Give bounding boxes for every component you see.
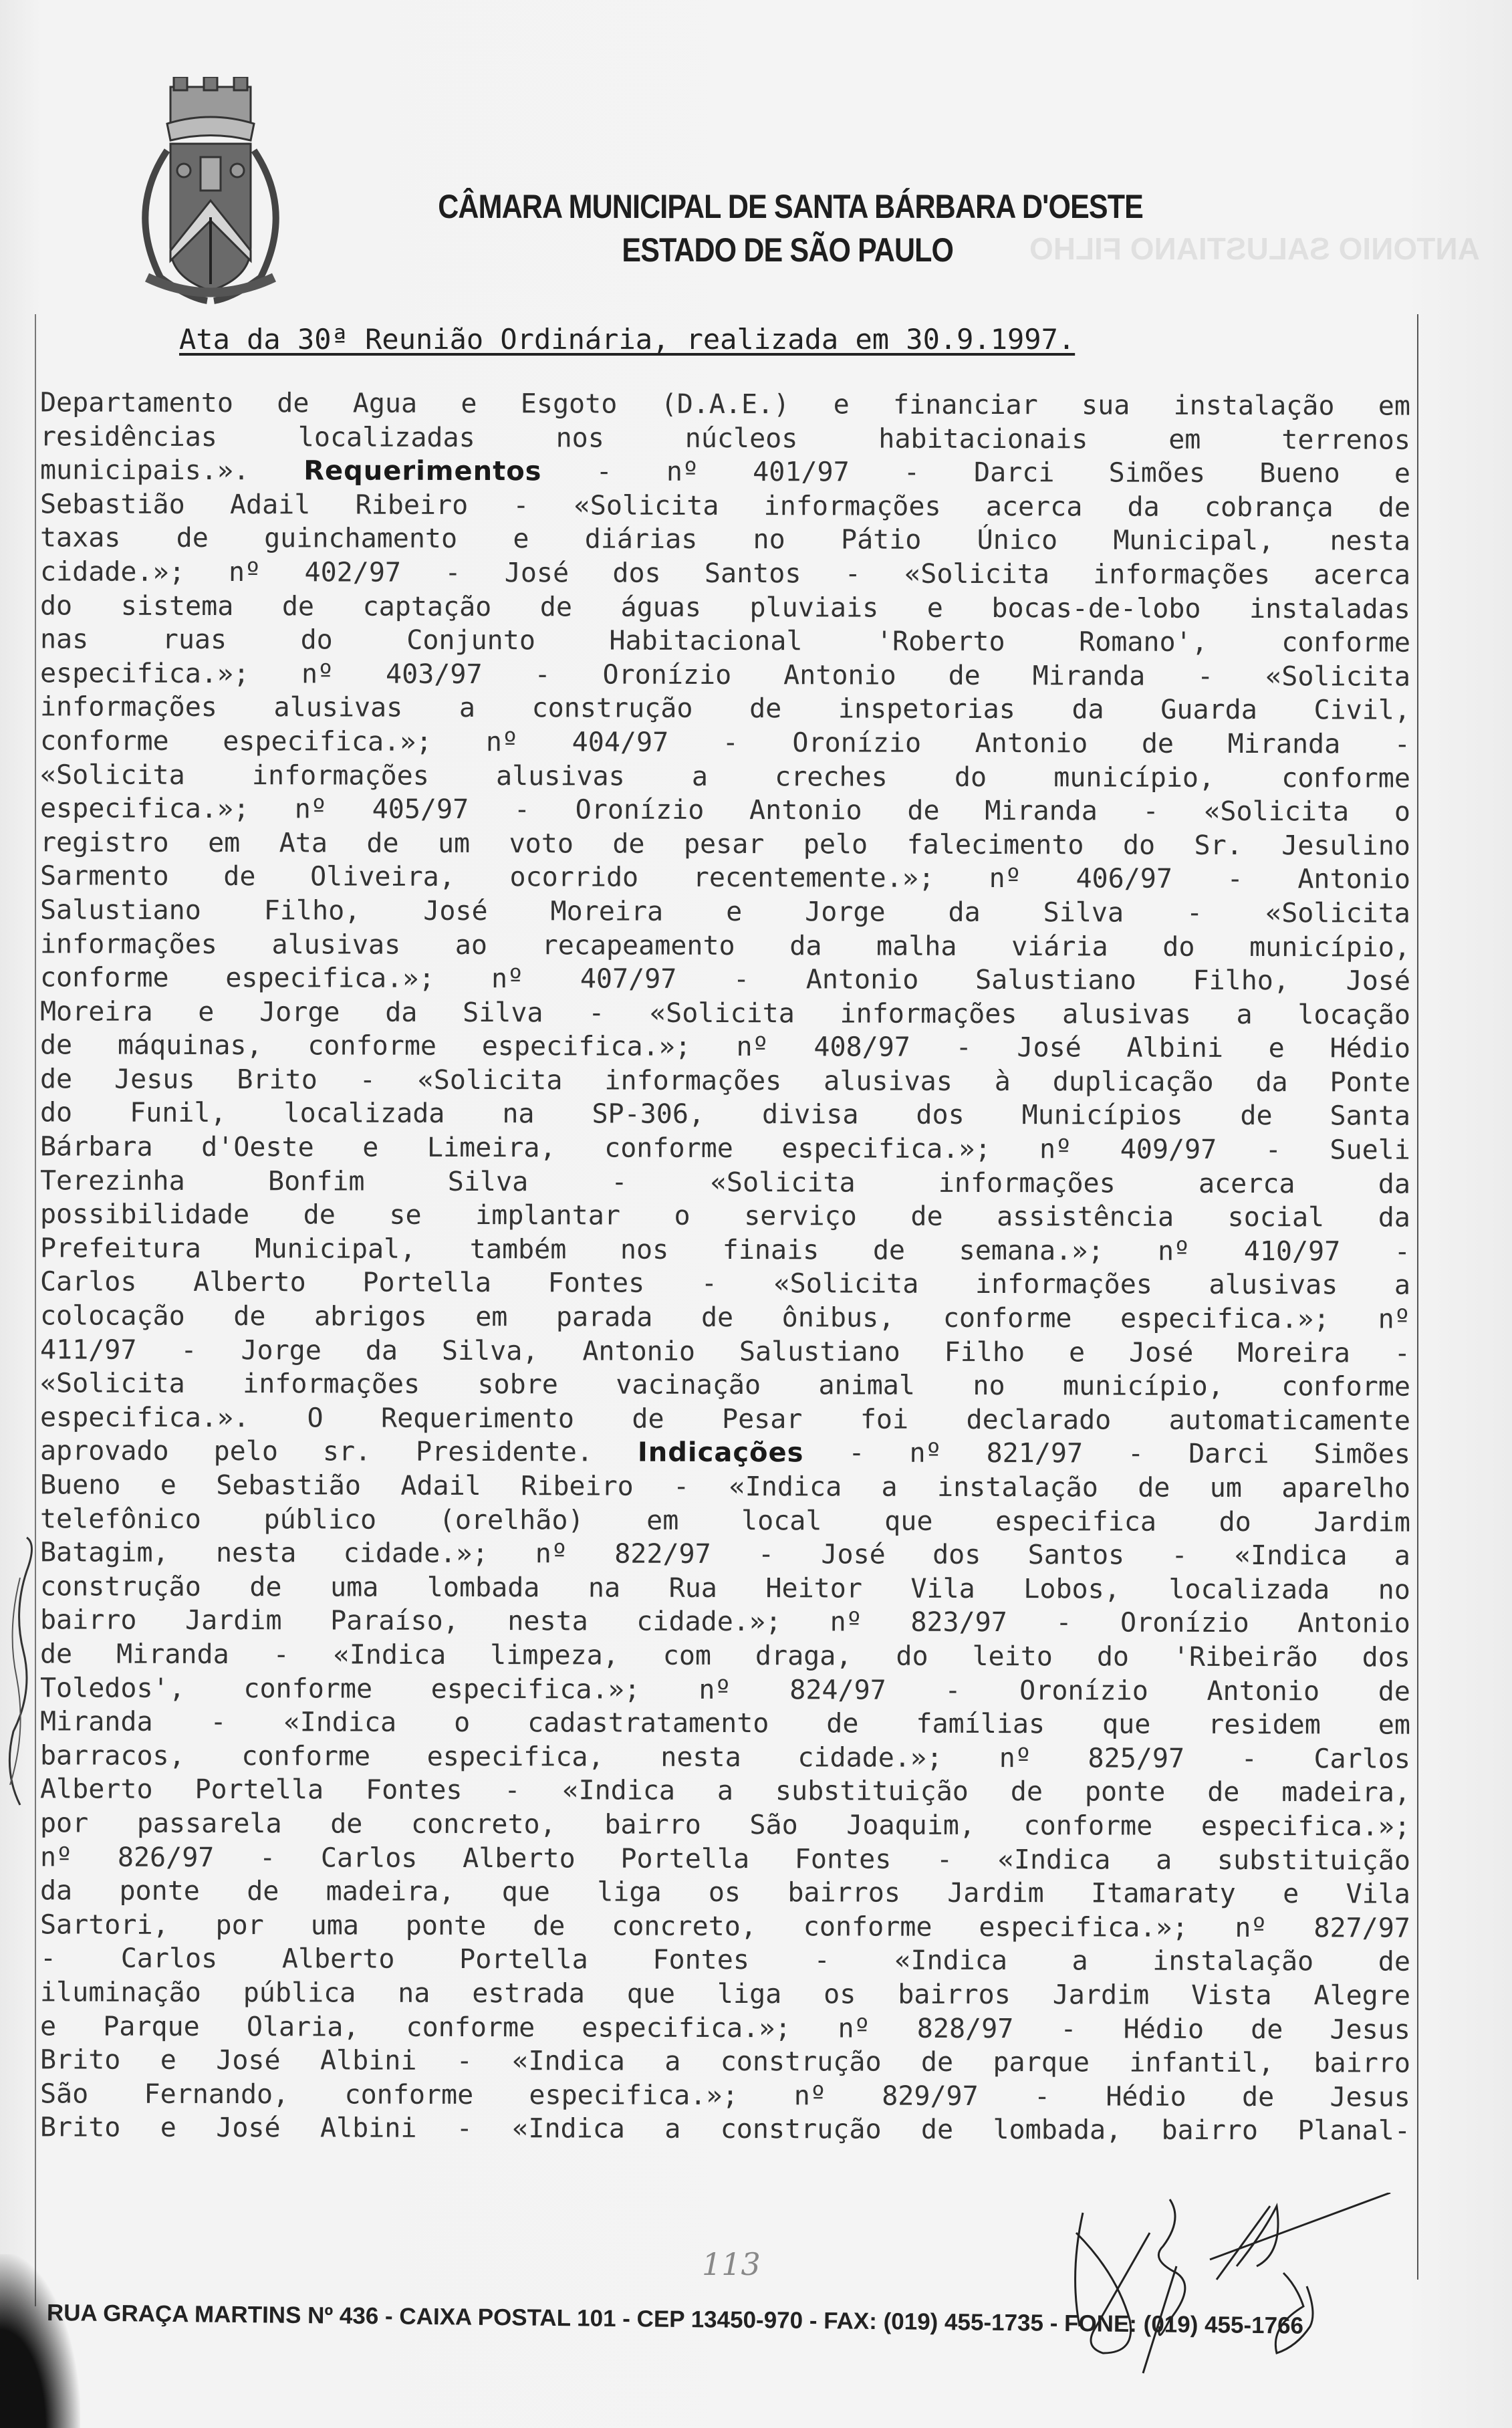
word: «Indica — [729, 1470, 842, 1504]
word: Alegre — [1313, 1979, 1410, 2013]
word: - — [514, 793, 530, 827]
word: e — [1269, 1031, 1285, 1066]
word: Heitor — [765, 1572, 862, 1606]
word: cobrança — [1205, 491, 1334, 525]
word: conforme — [241, 1739, 370, 1774]
word: especifica.»; — [1201, 1810, 1410, 1844]
word: diárias — [585, 523, 698, 557]
word: residências — [40, 420, 217, 454]
word: «Indica — [1235, 1539, 1348, 1573]
word: recentemente.»; — [693, 861, 934, 896]
word: bairro — [604, 1808, 701, 1842]
word: informações — [975, 1267, 1152, 1302]
word: Oronízio — [602, 658, 731, 692]
word: ponte — [1085, 1776, 1166, 1810]
text-line: DepartamentodeAguaeEsgoto(D.A.E.)efinanc… — [40, 386, 1410, 423]
word: do — [40, 589, 72, 623]
word: José — [216, 2111, 280, 2145]
word: - — [733, 963, 749, 997]
word: Adail — [400, 1469, 481, 1503]
word: Rua — [669, 1572, 717, 1606]
word: à — [995, 1065, 1011, 1099]
word: na — [398, 1977, 430, 2011]
word: do — [40, 1096, 72, 1130]
word: alusivas — [824, 1064, 953, 1098]
word: Albini — [320, 2112, 417, 2146]
word: de — [249, 1570, 281, 1604]
word: da — [1378, 1167, 1410, 1201]
word: a — [459, 691, 475, 725]
word: informações — [840, 997, 1017, 1031]
text-line: «Solicitainformaçõesalusivasacrechesdomu… — [40, 758, 1410, 796]
word: Antonio — [975, 727, 1088, 761]
word: Salustiano — [739, 1335, 900, 1369]
word: Silva — [448, 1165, 529, 1199]
text-line: dapontedemadeira,queligaosbairrosJardimI… — [40, 1874, 1410, 1911]
word: Vista — [1191, 1979, 1272, 2013]
text-line: Batagim,nestacidade.»;nº822/97-JosédosSa… — [40, 1536, 1410, 1574]
word: terrenos — [1281, 423, 1410, 457]
word: nº — [999, 1741, 1031, 1776]
word: Parque — [103, 2010, 200, 2044]
word: 409/97 — [1120, 1133, 1217, 1167]
word: de — [949, 659, 981, 693]
word: - — [1055, 1606, 1072, 1641]
word: Sebastião — [40, 487, 185, 521]
word: semana.»; — [959, 1234, 1104, 1268]
word: 411/97 — [40, 1333, 137, 1367]
word: cidade.»; — [797, 1741, 942, 1775]
word: do — [955, 760, 987, 794]
text-line: especifica.».ORequerimentodePesarfoidecl… — [40, 1401, 1410, 1438]
word: - — [457, 2044, 473, 2078]
word: nº — [295, 792, 327, 826]
word: Silva — [1043, 896, 1124, 930]
word: substituição — [775, 1775, 969, 1809]
word: Lobos, — [1023, 1572, 1120, 1606]
word: e — [927, 591, 943, 625]
word: - — [1186, 896, 1203, 931]
word: Darci — [974, 456, 1055, 490]
word: o — [674, 1199, 690, 1233]
word: Alberto — [463, 1842, 576, 1876]
word: uma — [330, 1570, 378, 1604]
word: 407/97 — [580, 963, 677, 997]
word: Miranda — [40, 1705, 153, 1739]
word: na — [588, 1571, 620, 1605]
word: de — [1242, 2080, 1274, 2114]
word: nº — [535, 1537, 568, 1571]
word: acerca — [986, 490, 1083, 524]
word: conforme — [803, 1910, 932, 1944]
word: por — [40, 1806, 88, 1840]
word: - — [673, 1470, 689, 1504]
word: - — [1394, 1235, 1410, 1269]
word: - — [360, 1063, 376, 1097]
word: de — [1378, 1945, 1410, 1979]
word: passarela — [137, 1807, 282, 1841]
word: Sueli — [1330, 1133, 1410, 1167]
text-line: Sartori,porumapontedeconcreto,conformees… — [40, 1908, 1410, 1945]
word: assistência — [997, 1200, 1174, 1234]
word: 829/97 — [882, 2079, 979, 2113]
word: instalação — [1174, 389, 1335, 423]
minutes-body: DepartamentodeAguaeEsgoto(D.A.E.)efinanc… — [40, 388, 1410, 2147]
word: uma — [311, 1909, 359, 1943]
word: Bueno — [1259, 457, 1340, 491]
text-line: residênciaslocalizadasnosnúcleoshabitaci… — [40, 420, 1410, 457]
word: 821/97 — [987, 1437, 1084, 1471]
word: de — [540, 590, 572, 624]
word: José — [423, 894, 487, 929]
word: dos — [916, 1098, 964, 1132]
word: - — [814, 1944, 830, 1978]
word: Alberto — [193, 1265, 306, 1300]
document-title: Ata da 30ª Reunião Ordinária, realizada … — [179, 323, 1075, 356]
word: localizadas — [298, 420, 475, 455]
word: o — [1394, 796, 1410, 830]
word: registro — [40, 826, 169, 860]
word: nº — [830, 1606, 862, 1640]
word: Pesar — [722, 1403, 803, 1437]
word: «Solicita — [774, 1267, 919, 1302]
word: nº — [229, 556, 261, 590]
word: São — [749, 1808, 797, 1842]
word: Pátio — [841, 523, 922, 558]
word: 406/97 — [1076, 862, 1172, 896]
word: - — [1241, 1742, 1257, 1776]
word: «Solicita — [40, 1367, 185, 1401]
word: Oronízio — [1019, 1674, 1148, 1708]
word: informações — [764, 489, 941, 523]
word: duplicação — [1053, 1065, 1214, 1099]
word: nesta — [1330, 525, 1410, 559]
word: nos — [556, 421, 604, 455]
word: lombada — [427, 1571, 540, 1605]
text-line: BritoeJoséAlbini-«Indicaaconstruçãodepar… — [40, 2043, 1410, 2080]
word: que — [502, 1875, 550, 1909]
word: 825/97 — [1088, 1741, 1185, 1776]
word: 402/97 — [304, 556, 401, 590]
word: do — [1162, 930, 1194, 964]
word: informações — [938, 1166, 1116, 1200]
word: bairro — [40, 1604, 137, 1638]
word: da — [40, 1874, 72, 1908]
word: foi — [860, 1403, 908, 1437]
word: Jesus — [114, 1062, 195, 1096]
word: e — [160, 2044, 176, 2078]
word: Portella — [459, 1943, 588, 1977]
word: local — [741, 1504, 822, 1538]
word: Santos — [1028, 1538, 1125, 1572]
text-line: PrefeituraMunicipal,tambémnosfinaisdesem… — [40, 1231, 1410, 1269]
word: nº — [794, 2079, 826, 2113]
word: - — [1034, 2080, 1050, 2114]
word: Portella — [620, 1842, 749, 1876]
word: substituição — [1217, 1843, 1410, 1877]
word: colocação — [40, 1299, 185, 1333]
word: Miranda — [985, 794, 1098, 828]
word: nº — [491, 962, 523, 996]
word: Oliveira, — [310, 860, 455, 894]
word: - — [513, 489, 529, 523]
word: conforme — [1281, 761, 1410, 796]
word: viária — [1011, 930, 1108, 964]
word: famílias — [916, 1707, 1045, 1741]
word: e — [160, 2111, 176, 2145]
word: Carlos — [321, 1841, 418, 1875]
word: - — [956, 1031, 972, 1065]
word: 828/97 — [917, 2012, 1014, 2046]
word: informações — [252, 759, 429, 793]
word: Terezinha — [40, 1164, 185, 1198]
word: informações — [1093, 558, 1270, 592]
word: Filho, — [264, 894, 361, 928]
word: localizada — [1168, 1573, 1330, 1607]
word: pluviais — [749, 591, 878, 625]
word: taxas — [40, 521, 121, 556]
word: cidade.»; — [344, 1537, 489, 1571]
word: especifica.»; — [40, 656, 249, 691]
word: que — [1102, 1708, 1150, 1742]
word: Planal- — [1297, 2114, 1410, 2149]
word: dos — [1362, 1641, 1410, 1675]
text-line: telefônicopúblico(orelhão)emlocalqueespe… — [40, 1502, 1410, 1540]
word: «Indica — [894, 1944, 1007, 1978]
text-line: deMiranda-«Indicalimpeza,comdraga,doleit… — [40, 1637, 1410, 1675]
word: Hédio — [1106, 2080, 1186, 2114]
word: de — [1138, 1471, 1170, 1505]
word: nº — [1378, 1303, 1410, 1337]
text-line: AlbertoPortellaFontes-«Indicaasubstituiç… — [40, 1773, 1410, 1810]
word: nº — [909, 1437, 941, 1471]
text-line: informaçõesalusivasaconstruçãodeinspetor… — [40, 691, 1410, 728]
word: Miranda — [1033, 659, 1146, 693]
text-line: aprovadopelosr.Presidente.Indicações-nº8… — [40, 1435, 1410, 1472]
word: madeira, — [326, 1875, 455, 1909]
word: do — [1123, 828, 1155, 862]
word: José — [505, 556, 569, 590]
word: Olaria, — [247, 2010, 360, 2044]
text-line: iluminaçãopúblicanaestradaqueligaosbairr… — [40, 1975, 1410, 2013]
word: Sr. — [1194, 829, 1242, 863]
word: máquinas, — [118, 1029, 263, 1063]
word: especifica.»; — [1120, 1302, 1330, 1336]
word: leito — [972, 1640, 1053, 1674]
word: Salustiano — [40, 893, 201, 927]
word: a — [1394, 1540, 1410, 1574]
word: de — [1011, 1775, 1043, 1809]
text-line: 411/97-JorgedaSilva,AntonioSalustianoFil… — [40, 1333, 1410, 1370]
word: 410/97 — [1244, 1235, 1341, 1269]
frame-left-rule — [35, 314, 36, 2306]
word: telefônico — [40, 1502, 201, 1536]
word: Alberto — [40, 1773, 153, 1807]
word: - — [273, 1638, 289, 1672]
word: da — [385, 995, 417, 1029]
word: Antonio — [582, 1334, 695, 1368]
word: Jorge — [805, 895, 886, 929]
word: - — [504, 1774, 520, 1808]
word: «Solicita — [650, 996, 795, 1030]
word: 822/97 — [614, 1538, 711, 1572]
word: abrigos — [314, 1300, 427, 1334]
word: Fontes — [795, 1842, 892, 1876]
word: de — [277, 386, 309, 420]
word: e — [362, 1131, 378, 1165]
word: Bonfim — [268, 1165, 365, 1199]
word: Moreira — [550, 894, 663, 929]
word: Sarmento — [40, 860, 169, 894]
word: da — [1255, 1066, 1287, 1100]
word: 408/97 — [813, 1031, 910, 1065]
word: conforme — [40, 961, 169, 995]
word: informações — [243, 1367, 420, 1401]
word: de — [247, 1874, 279, 1909]
word: de — [632, 1402, 664, 1436]
word: estrada — [472, 1977, 585, 2011]
word: e — [834, 388, 850, 422]
word: Carlos — [121, 1942, 218, 1976]
word: - — [1143, 795, 1159, 829]
text-line: especifica.»;nº403/97-OronízioAntoniodeM… — [40, 656, 1410, 694]
word: alusivas — [1209, 1268, 1338, 1302]
word: da — [789, 929, 822, 963]
word: «Indica — [562, 1774, 675, 1808]
word: recapeamento — [542, 929, 735, 963]
word: especifica.»; — [781, 1132, 991, 1166]
word: informações — [604, 1064, 781, 1098]
text-line: Toledos',conformeespecifica.»;nº824/97-O… — [40, 1671, 1410, 1709]
word: de — [921, 2046, 953, 2080]
word: Moreira — [1237, 1336, 1350, 1370]
word: 'Roberto — [876, 625, 1005, 659]
word: Antonio — [1297, 863, 1410, 897]
word: voto — [509, 827, 574, 861]
word: Albini — [1126, 1031, 1223, 1066]
word: liga — [597, 1876, 661, 1910]
text-line: CarlosAlbertoPortellaFontes-«Solicitainf… — [40, 1265, 1410, 1303]
word: informações — [40, 927, 217, 961]
word: município, — [1249, 931, 1410, 965]
word: concreto, — [612, 1909, 757, 1943]
word: Municípios — [1022, 1099, 1183, 1133]
word: - — [611, 1165, 627, 1199]
word: 401/97 — [753, 455, 850, 489]
word: Antonio — [1207, 1674, 1319, 1708]
word: cidade.»; — [40, 555, 185, 589]
word: declarado — [966, 1403, 1111, 1437]
word: construção — [721, 2112, 882, 2147]
word: social — [1228, 1201, 1325, 1235]
word: pública — [243, 1976, 356, 2010]
word: de — [701, 1301, 733, 1335]
word: Filho — [944, 1335, 1025, 1369]
word: madeira, — [1281, 1776, 1410, 1810]
text-line: conformeespecifica.»;nº407/97-AntonioSal… — [40, 961, 1410, 998]
word: - — [445, 556, 461, 590]
word: malha — [876, 929, 957, 963]
word: conforme — [943, 1302, 1072, 1336]
word: Portella — [362, 1266, 491, 1300]
word: 'Ribeirão — [1173, 1641, 1318, 1675]
word: de — [907, 794, 939, 828]
word: bairro — [1313, 2046, 1410, 2080]
word: locação — [1297, 998, 1410, 1032]
word: construção — [721, 2045, 882, 2079]
word: 826/97 — [118, 1840, 215, 1874]
text-line: -CarlosAlbertoPortellaFontes-«Indicaains… — [40, 1942, 1410, 1979]
word: Jesus — [1330, 2080, 1410, 2114]
word: de — [1240, 1099, 1272, 1133]
word: Albini — [320, 2044, 417, 2078]
word: um — [1210, 1471, 1242, 1505]
word: instalação — [1152, 1945, 1313, 1979]
word: Antonio — [806, 963, 919, 997]
word: em — [208, 826, 240, 860]
text-line: SalustianoFilho,JoséMoreiraeJorgedaSilva… — [40, 893, 1410, 931]
text-line: informaçõesalusivasaorecapeamentodamalha… — [40, 927, 1410, 965]
word: «Indica — [512, 2112, 625, 2146]
text-line: BuenoeSebastiãoAdailRibeiro-«Indicaainst… — [40, 1468, 1410, 1505]
word: nesta — [216, 1536, 297, 1570]
word: Antonio — [1297, 1607, 1410, 1641]
word: (D.A.E.) — [661, 388, 790, 422]
word: Prefeitura — [40, 1231, 201, 1265]
signatures-icon — [1043, 2193, 1511, 2413]
word: bairro — [1161, 2114, 1258, 2148]
word: a — [1072, 1945, 1088, 1979]
word: de — [1142, 727, 1174, 761]
word: Portella — [195, 1773, 324, 1807]
word: Jorge — [241, 1334, 322, 1368]
word: Esgoto — [521, 387, 618, 421]
institution-name: CÂMARA MUNICIPAL DE SANTA BÁRBARA D'OEST… — [106, 187, 1406, 226]
text-line: «Solicitainformaçõessobrevacinaçãoanimal… — [40, 1367, 1410, 1405]
word: draga, — [755, 1639, 852, 1673]
word: Vila — [910, 1572, 975, 1606]
word: Sebastião — [216, 1469, 361, 1503]
word: de — [303, 1199, 336, 1233]
word: de — [1207, 1776, 1239, 1810]
word: «Solicita — [40, 758, 185, 792]
word: cidade.»; — [636, 1605, 781, 1639]
word: bocas-de-lobo — [991, 592, 1201, 626]
margin-signature-icon — [0, 1531, 40, 1812]
word: da — [948, 896, 980, 930]
word: conforme — [604, 1132, 733, 1166]
text-line: taxasdeguinchamentoediáriasnoPátioÚnicoM… — [40, 521, 1410, 559]
word: instalação — [937, 1471, 1098, 1505]
word: a — [664, 2045, 680, 2079]
text-line: MoreiraeJorgedaSilva-«Solicitainformaçõe… — [40, 995, 1410, 1032]
word: de — [1378, 1675, 1410, 1709]
word: de — [749, 692, 781, 726]
word: parque — [993, 2046, 1090, 2080]
text-line: especifica.»;nº405/97-OronízioAntoniodeM… — [40, 792, 1410, 829]
word: Oronízio — [1120, 1606, 1249, 1641]
word: «Solicita — [574, 489, 719, 523]
word: de — [282, 590, 314, 624]
word: em — [1168, 422, 1201, 457]
word: «Solicita — [1265, 896, 1410, 931]
word: implantar — [475, 1199, 620, 1233]
word: «Solicita — [904, 558, 1049, 592]
word: de — [330, 1807, 362, 1841]
word: construção — [40, 1570, 201, 1604]
word: nº — [1039, 1132, 1072, 1167]
word: pesar — [684, 828, 765, 862]
